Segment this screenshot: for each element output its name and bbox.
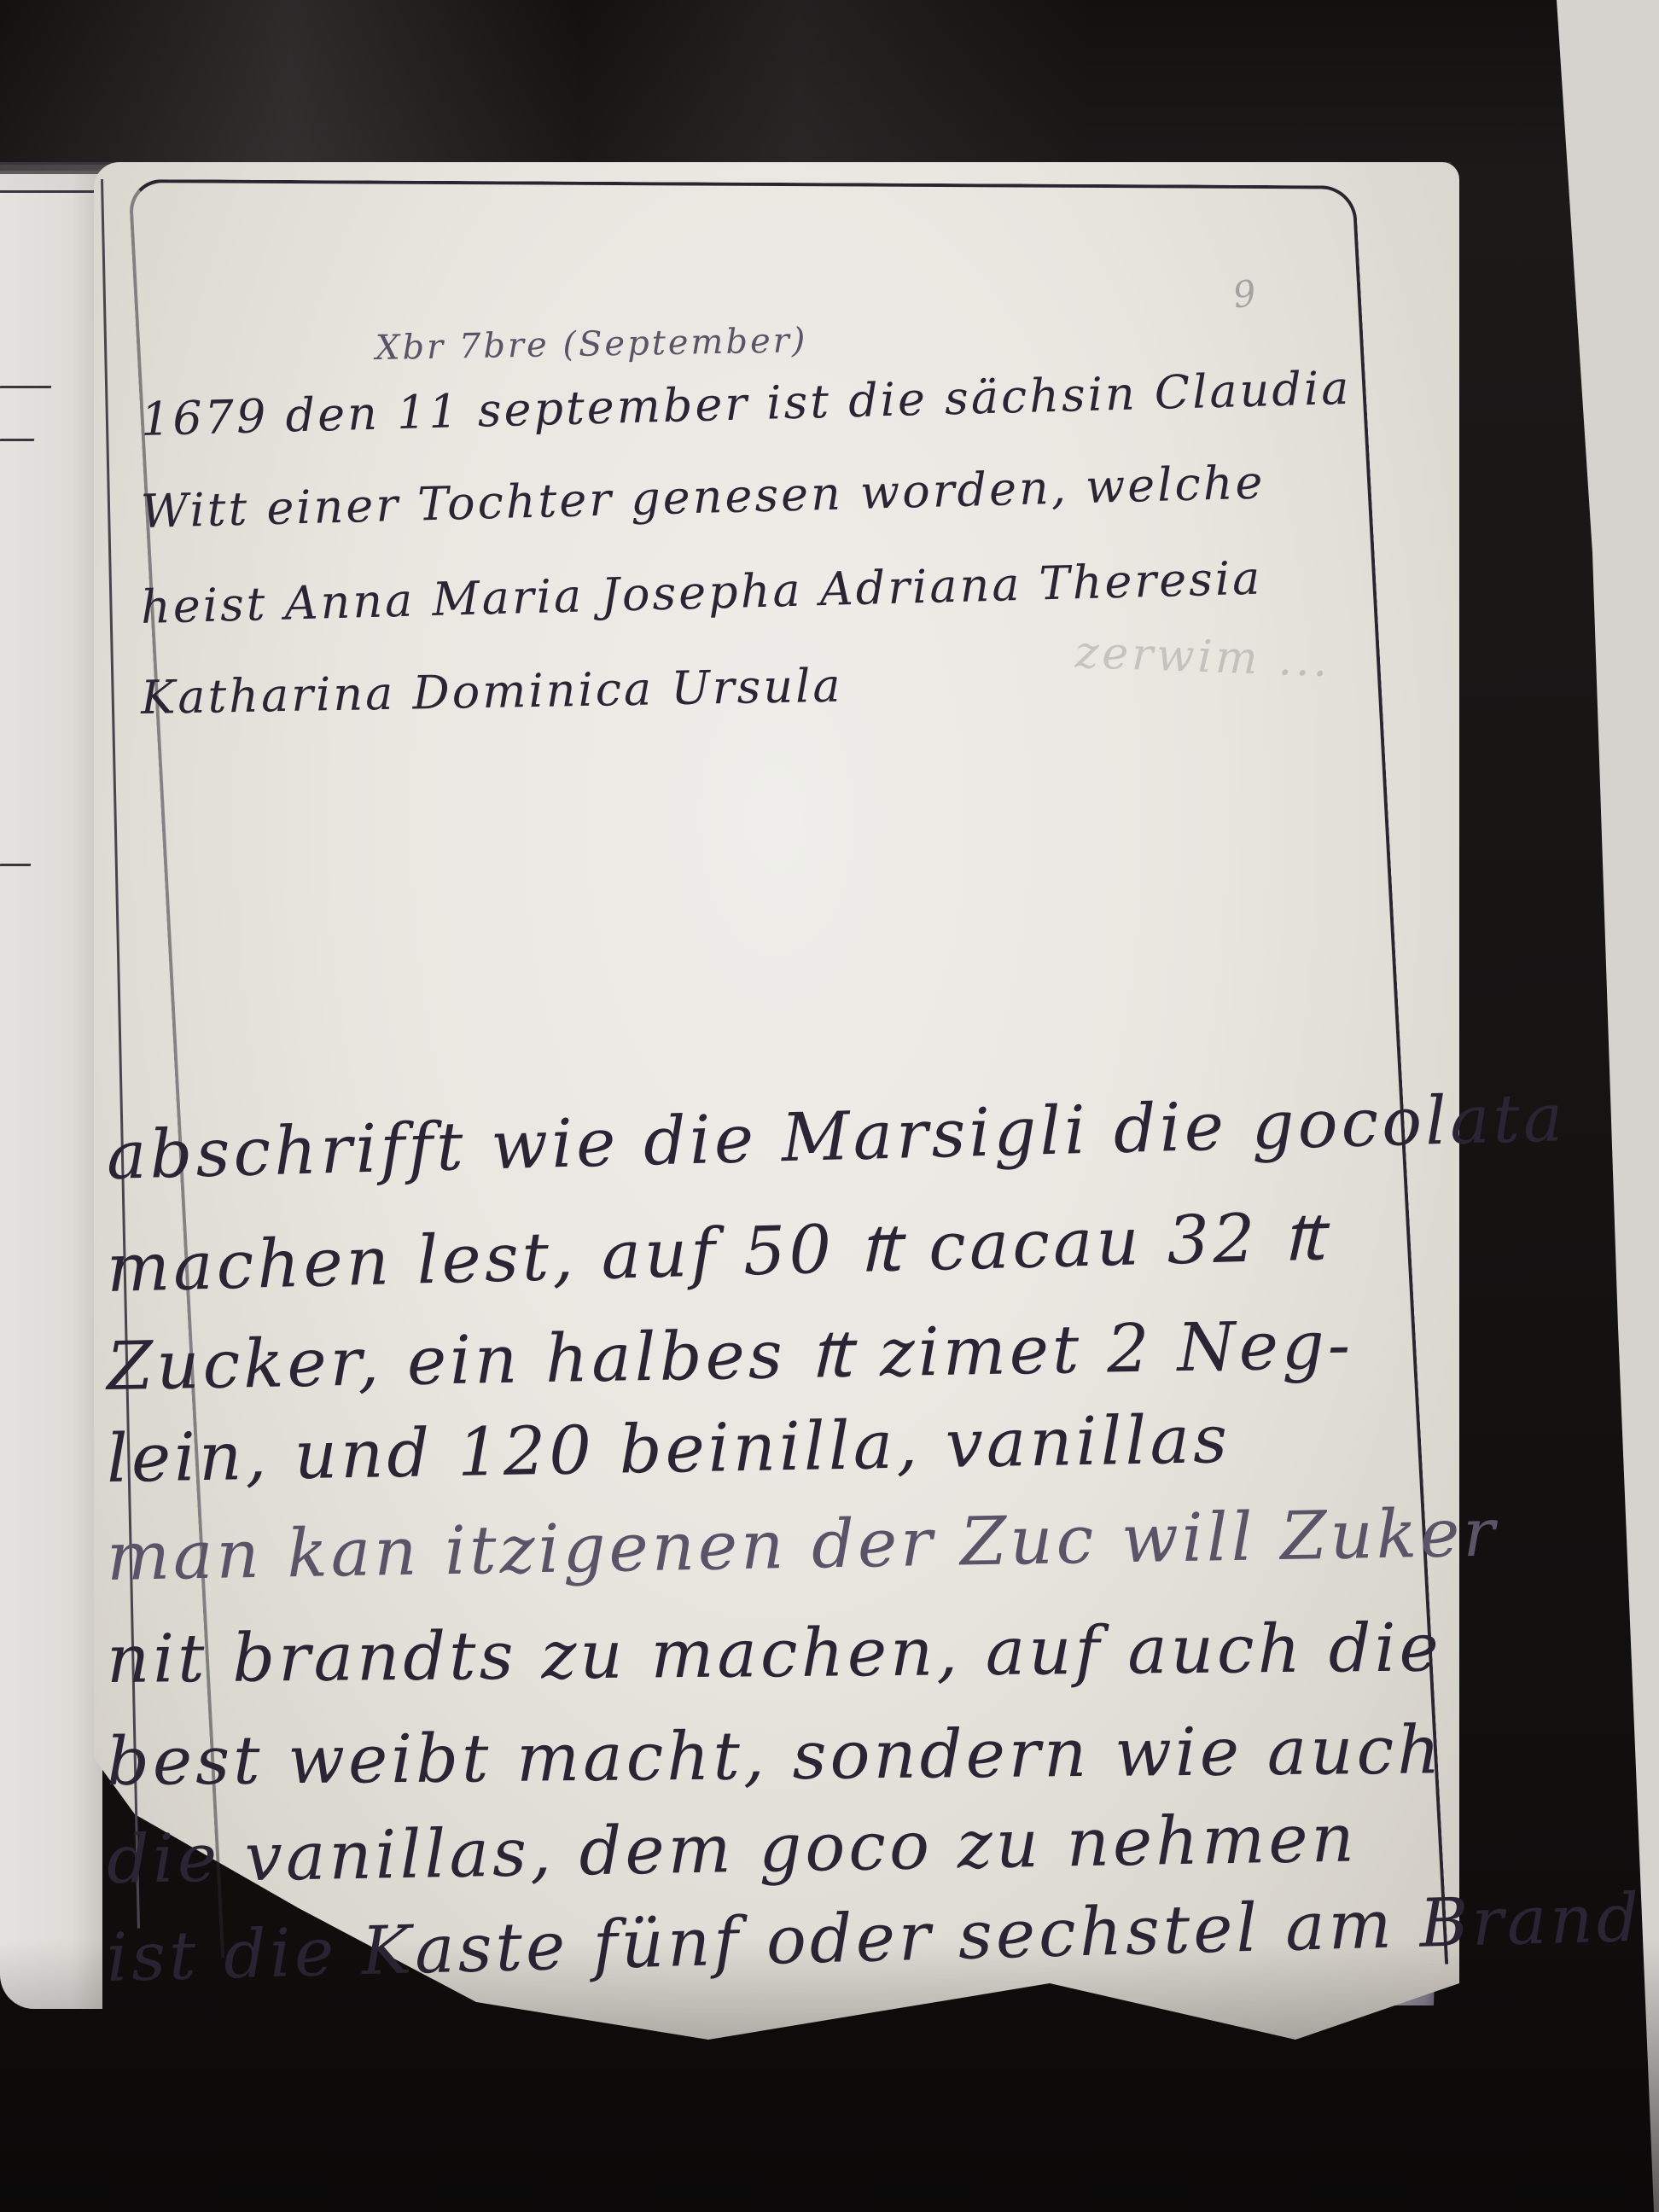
recipe-line: best weibt macht, sondern wie auch (107, 1712, 1444, 1801)
ink-bleed-through: zerwim ... (1074, 627, 1332, 687)
left-page-text-fragment (0, 864, 31, 866)
left-page-text-fragment (0, 386, 51, 388)
photo-stage: 9 Xbr 7bre (September) 1679 den 11 septe… (0, 0, 1659, 2212)
recipe-line: nit brandts zu machen, auf auch die (107, 1610, 1442, 1698)
left-page-edge (0, 171, 102, 2009)
entry-heading: Xbr 7bre (September) (375, 321, 808, 368)
left-page-text-fragment (0, 439, 34, 441)
page-border-frame (128, 179, 1448, 1965)
